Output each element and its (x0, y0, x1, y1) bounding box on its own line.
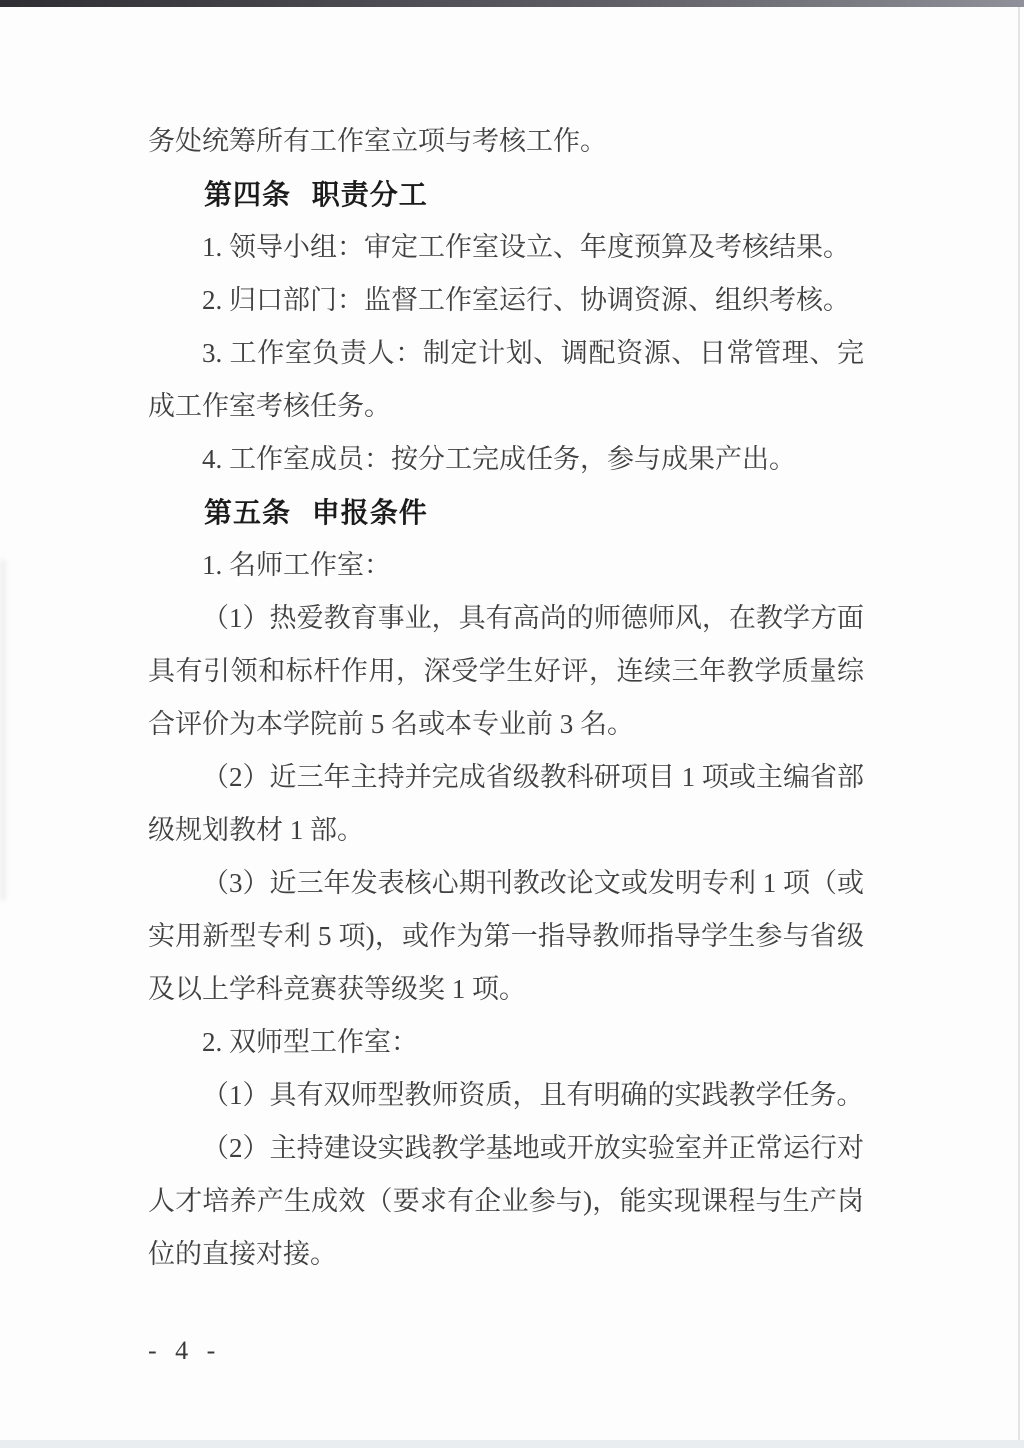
article-4-clause-4: 4. 工作室成员：按分工完成任务，参与成果产出。 (148, 433, 864, 486)
article-4-clause-3: 3. 工作室负责人：制定计划、调配资源、日常管理、完成工作室考核任务。 (148, 327, 864, 433)
document-body: 务处统筹所有工作室立项与考核工作。 第四条 职责分工 1. 领导小组：审定工作室… (148, 115, 864, 1281)
article-5-clause-1: 1. 名师工作室： (148, 539, 864, 592)
page-number: - 4 - (148, 1336, 221, 1366)
article-4-clause-2: 2. 归口部门：监督工作室运行、协调资源、组织考核。 (148, 274, 864, 327)
scanned-document-page: 务处统筹所有工作室立项与考核工作。 第四条 职责分工 1. 领导小组：审定工作室… (0, 0, 1024, 1448)
article-5-clause-1-item-2: （2）近三年主持并完成省级教科研项目 1 项或主编省部级规划教材 1 部。 (148, 751, 864, 857)
scan-top-edge-artifact (0, 0, 1024, 7)
article-4-clause-1: 1. 领导小组：审定工作室设立、年度预算及考核结果。 (148, 221, 864, 274)
article-5-clause-2-item-1: （1）具有双师型教师资质，且有明确的实践教学任务。 (148, 1069, 864, 1122)
article-5-clause-1-item-1: （1）热爱教育事业，具有高尚的师德师风，在教学方面具有引领和标杆作用，深受学生好… (148, 592, 864, 751)
article-5-heading: 第五条 申报条件 (148, 486, 864, 539)
scan-bottom-edge-artifact (0, 1440, 1024, 1448)
scan-right-edge-line (1018, 7, 1020, 1440)
paragraph-continuation: 务处统筹所有工作室立项与考核工作。 (148, 115, 864, 168)
scan-left-smudge-artifact (0, 560, 6, 900)
article-5-clause-2-item-2: （2）主持建设实践教学基地或开放实验室并正常运行对人才培养产生成效（要求有企业参… (148, 1122, 864, 1281)
article-5-clause-1-item-3: （3）近三年发表核心期刊教改论文或发明专利 1 项（或实用新型专利 5 项)，或… (148, 857, 864, 1016)
article-4-heading: 第四条 职责分工 (148, 168, 864, 221)
article-5-clause-2: 2. 双师型工作室： (148, 1016, 864, 1069)
